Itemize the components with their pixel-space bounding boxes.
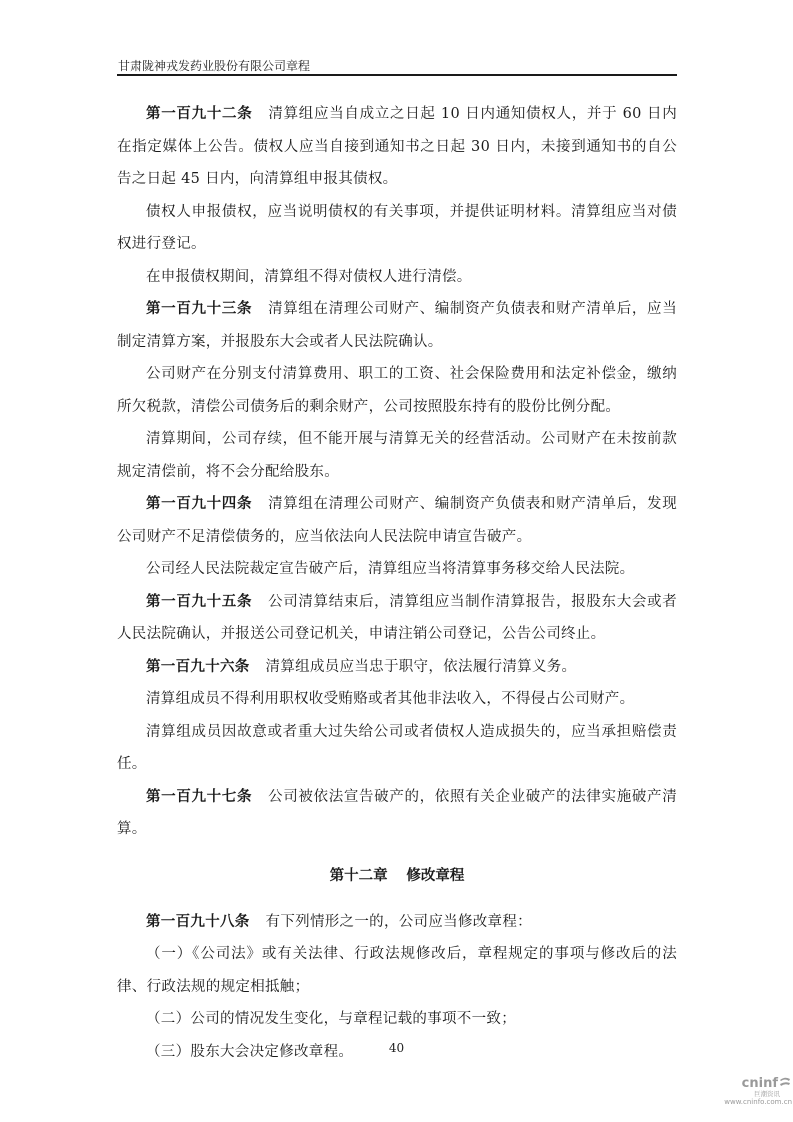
paragraph: 第一百九十七条公司被依法宣告破产的，依照有关企业破产的法律实施破产清算。	[117, 781, 677, 846]
article-number: 第一百九十五条	[146, 594, 252, 610]
paragraph-text: 清算组成员应当忠于职守，依法履行清算义务。	[266, 659, 577, 675]
paragraph: 债权人申报债权，应当说明债权的有关事项，并提供证明材料。清算组应当对债权进行登记…	[117, 196, 677, 261]
paragraph-text: 债权人申报债权，应当说明债权的有关事项，并提供证明材料。清算组应当对债权进行登记…	[117, 204, 677, 253]
paragraph: 第一百九十五条公司清算结束后，清算组应当制作清算报告，报股东大会或者人民法院确认…	[117, 586, 677, 651]
paragraph-text: （二）公司的情况发生变化，与章程记载的事项不一致；	[146, 1011, 516, 1027]
cninfo-logo-icon	[778, 1076, 792, 1088]
watermark-logo: cninf	[712, 1076, 792, 1090]
article-number: 第一百九十六条	[146, 659, 250, 675]
cninfo-watermark: cninf 巨潮资讯 www.cninfo.com.cn	[712, 1076, 792, 1107]
paragraph: 第一百九十三条清算组在清理公司财产、编制资产负债表和财产清单后，应当制定清算方案…	[117, 293, 677, 358]
paragraph-text: 公司财产在分别支付清算费用、职工的工资、社会保险费用和法定补偿金，缴纳所欠税款，…	[117, 366, 677, 415]
chapter-number: 第十二章	[330, 860, 388, 892]
document-header: 甘肃陇神戎发药业股份有限公司章程	[118, 57, 674, 74]
article-number: 第一百九十八条	[146, 914, 250, 930]
list-item: （一）《公司法》或有关法律、行政法规修改后，章程规定的事项与修改后的法律、行政法…	[117, 938, 677, 1003]
paragraph: 清算组成员因故意或者重大过失给公司或者债权人造成损失的，应当承担赔偿责任。	[117, 716, 677, 781]
paragraph: 公司财产在分别支付清算费用、职工的工资、社会保险费用和法定补偿金，缴纳所欠税款，…	[117, 358, 677, 423]
paragraph: 第一百九十二条清算组应当自成立之日起 10 日内通知债权人，并于 60 日内在指…	[117, 98, 677, 196]
chapter-title: 修改章程	[406, 860, 464, 892]
watermark-cn-text: 巨潮资讯	[712, 1090, 780, 1098]
watermark-url: www.cninfo.com.cn	[712, 1098, 792, 1107]
paragraph: 清算期间，公司存续，但不能开展与清算无关的经营活动。公司财产在未按前款规定清偿前…	[117, 423, 677, 488]
article-number: 第一百九十四条	[146, 496, 252, 512]
paragraph-text: 清算期间，公司存续，但不能开展与清算无关的经营活动。公司财产在未按前款规定清偿前…	[117, 431, 677, 480]
article-number: 第一百九十七条	[146, 789, 252, 805]
article-number: 第一百九十二条	[146, 106, 252, 122]
list-item: （二）公司的情况发生变化，与章程记载的事项不一致；	[117, 1003, 677, 1036]
paragraph: 公司经人民法院裁定宣告破产后，清算组应当将清算事务移交给人民法院。	[117, 553, 677, 586]
paragraph-text: 公司经人民法院裁定宣告破产后，清算组应当将清算事务移交给人民法院。	[146, 561, 634, 577]
page-number: 40	[0, 1041, 793, 1055]
paragraph: 第一百九十六条清算组成员应当忠于职守，依法履行清算义务。	[117, 651, 677, 684]
paragraph-text: 清算组成员不得利用职权收受贿赂或者其他非法收入，不得侵占公司财产。	[146, 691, 634, 707]
paragraph: 第一百九十八条有下列情形之一的，公司应当修改章程：	[117, 906, 677, 939]
paragraph-text: 清算组成员因故意或者重大过失给公司或者债权人造成损失的，应当承担赔偿责任。	[117, 724, 677, 773]
paragraph-text: 在申报债权期间，清算组不得对债权人进行清偿。	[146, 269, 472, 285]
article-number: 第一百九十三条	[146, 301, 252, 317]
paragraph-text: 有下列情形之一的，公司应当修改章程：	[266, 914, 532, 930]
paragraph: 清算组成员不得利用职权收受贿赂或者其他非法收入，不得侵占公司财产。	[117, 683, 677, 716]
header-divider	[117, 74, 677, 76]
paragraph: 第一百九十四条清算组在清理公司财产、编制资产负债表和财产清单后，发现公司财产不足…	[117, 488, 677, 553]
paragraph: 在申报债权期间，清算组不得对债权人进行清偿。	[117, 261, 677, 294]
chapter-heading: 第十二章修改章程	[117, 860, 677, 892]
paragraph-text: （一）《公司法》或有关法律、行政法规修改后，章程规定的事项与修改后的法律、行政法…	[117, 946, 677, 995]
document-body: 第一百九十二条清算组应当自成立之日起 10 日内通知债权人，并于 60 日内在指…	[117, 98, 677, 1068]
